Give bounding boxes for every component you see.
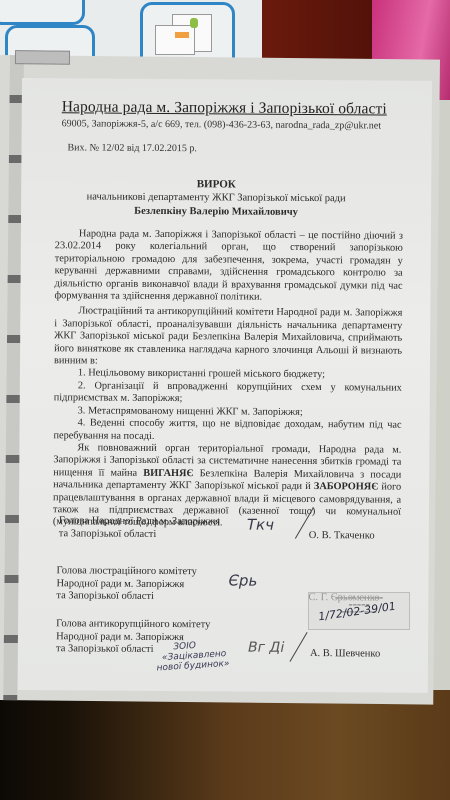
verdict-bans: ЗАБОРОНЯЄ xyxy=(314,481,378,492)
binder-clip-icon xyxy=(15,50,70,65)
verdict-expels: ВИГАНЯЄ xyxy=(143,468,193,479)
signature-stroke xyxy=(290,632,308,662)
addressee-name: Безлепкіну Валерію Михайловичу xyxy=(21,205,411,219)
signer-name: О. В. Ткаченко xyxy=(309,530,375,541)
outgoing-reference: Вих. № 12/02 від 17.02.2015 р. xyxy=(67,142,197,154)
signature-block-chair: Голова Народної Ради м. Запоріжжя та Зап… xyxy=(59,515,220,541)
charge-item: 2. Організації й впровадженні корупційни… xyxy=(54,380,402,407)
signer-position-line: Голова люстраційного комітету xyxy=(57,565,197,578)
document-body: Народна рада м. Запоріжжя і Запорізької … xyxy=(53,228,403,531)
signer-position-line: Голова антикорупційного комітету xyxy=(56,618,210,632)
brochure-document-icon xyxy=(155,25,195,55)
handwritten-signature: Ткч xyxy=(247,516,274,534)
handwritten-signature: Вг Ді xyxy=(248,640,284,656)
signer-name: А. В. Шевченко xyxy=(310,648,380,659)
document-title: ВИРОК xyxy=(21,177,411,192)
brochure-label-icon xyxy=(175,32,189,38)
brochure-illustration-card xyxy=(0,0,85,25)
paragraph-findings: Люстраційний та антикорупційний комітети… xyxy=(54,306,402,370)
paragraph-intro: Народна рада м. Запоріжжя і Запорізької … xyxy=(54,228,403,305)
letterhead-organization: Народна рада м. Запоріжжя і Запорізької … xyxy=(62,98,402,118)
addressee-position: начальникові департаменту ЖКГ Запорізько… xyxy=(21,191,411,205)
background-desk xyxy=(0,690,450,800)
letterhead-address: 69005, Запоріжжя-5, а/с 669, тел. (098)-… xyxy=(62,118,402,131)
signer-position-line: та Запорізької області xyxy=(56,590,196,603)
signature-block-lustration: Голова люстраційного комітету Народної р… xyxy=(56,565,197,603)
charge-item: 4. Веденні способу життя, що не відповід… xyxy=(53,417,401,444)
signer-position-line: Голова Народної Ради м. Запоріжжя xyxy=(59,515,220,529)
brochure-badge-icon xyxy=(190,18,198,28)
signer-position-line: та Запорізької області xyxy=(59,528,220,542)
handwritten-note: ЗОІО «Зацікавлено нової будинок» xyxy=(155,639,230,674)
handwritten-signature: Єрь xyxy=(228,571,257,589)
signer-position-line: Народної ради м. Запоріжжя xyxy=(56,578,196,591)
